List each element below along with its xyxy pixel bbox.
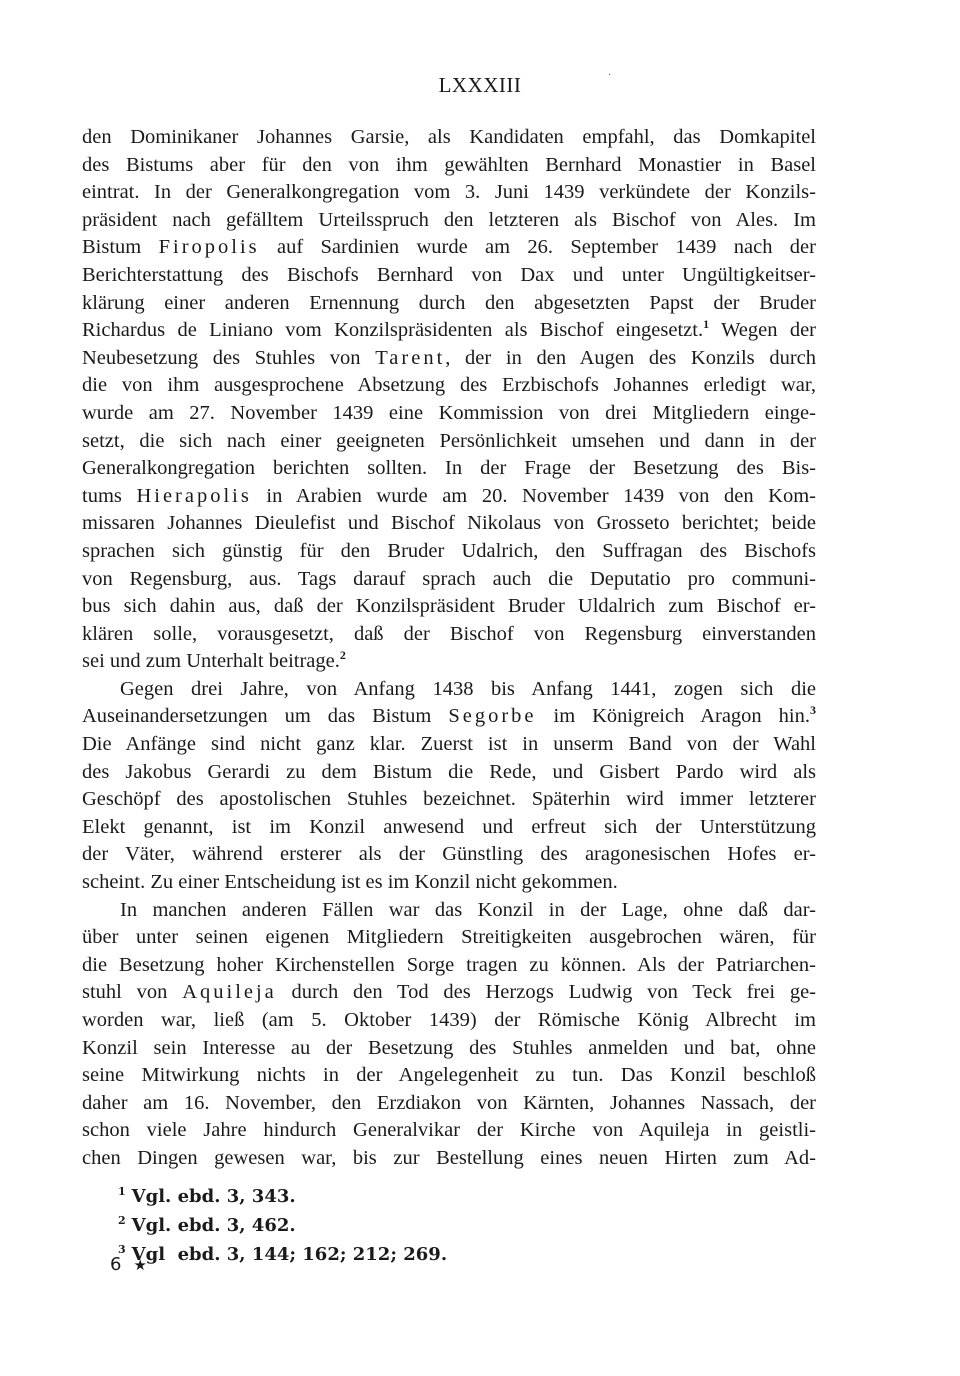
footnote-text: Vgl. ebd. 3, 343. bbox=[132, 1186, 296, 1207]
text-run: sprachen sich günstig für den Bruder Uda… bbox=[82, 540, 816, 562]
place-name: Hierapolis bbox=[136, 485, 251, 507]
text-run: Elekt genannt, ist im Konzil anwesend un… bbox=[82, 816, 816, 838]
footnote-text: Vgl ebd. 3, 144; 162; 212; 269. bbox=[132, 1244, 447, 1265]
text-line: setzt, die sich nach einer geeigneten Pe… bbox=[82, 428, 816, 456]
printer-signature: 6★ bbox=[110, 1254, 147, 1275]
text-line: Die Anfänge sind nicht ganz klar. Zuerst… bbox=[82, 731, 816, 759]
text-line: Gegen drei Jahre, von Anfang 1438 bis An… bbox=[82, 676, 816, 704]
text-line: der Väter, während ersterer als der Güns… bbox=[82, 841, 816, 869]
footnote-2: 2Vgl. ebd. 3, 462. bbox=[118, 1209, 447, 1238]
text-line: klären solle, vorausgesetzt, daß der Bis… bbox=[82, 621, 816, 649]
text-run: sei und zum Unterhalt beitrage.2 bbox=[82, 650, 346, 672]
text-run: über unter seinen eigenen Mitgliedern St… bbox=[82, 926, 816, 948]
text-line: stuhl von Aquileja durch den Tod des Her… bbox=[82, 979, 816, 1007]
text-run: In manchen anderen Fällen war das Konzil… bbox=[120, 899, 816, 921]
text-line: Generalkongregation berichten sollten. I… bbox=[82, 455, 816, 483]
text-line: In manchen anderen Fällen war das Konzil… bbox=[82, 897, 816, 925]
text-run: seine Mitwirkung nichts in der Angelegen… bbox=[82, 1064, 816, 1086]
text-line: seine Mitwirkung nichts in der Angelegen… bbox=[82, 1062, 816, 1090]
text-line: die Besetzung hoher Kirchenstellen Sorge… bbox=[82, 952, 816, 980]
place-name: Segorbe bbox=[448, 705, 536, 727]
text-line: daher am 16. November, den Erzdiakon von… bbox=[82, 1090, 816, 1118]
text-run: Die Anfänge sind nicht ganz klar. Zuerst… bbox=[82, 733, 816, 755]
text-run: Berichterstattung des Bischofs Bernhard … bbox=[82, 264, 816, 286]
text-line: missaren Johannes Dieulefist und Bischof… bbox=[82, 510, 816, 538]
text-run: , der in den Augen des Konzils durch bbox=[445, 347, 816, 369]
text-run: klärung einer anderen Ernennung durch de… bbox=[82, 292, 816, 314]
text-run: von Regensburg, aus. Tags darauf sprach … bbox=[82, 568, 816, 590]
text-line: über unter seinen eigenen Mitgliedern St… bbox=[82, 924, 816, 952]
text-run: der Väter, während ersterer als der Güns… bbox=[82, 843, 816, 865]
text-line: Geschöpf des apostolischen Stuhles bezei… bbox=[82, 786, 816, 814]
footnote-reference: 2 bbox=[340, 648, 346, 662]
page-number: LXXXIII bbox=[0, 73, 960, 98]
text-line: Bistum Firopolis auf Sardinien wurde am … bbox=[82, 234, 816, 262]
text-run: daher am 16. November, den Erzdiakon von… bbox=[82, 1092, 816, 1114]
star-icon: ★ bbox=[133, 1256, 146, 1274]
text-line: scheint. Zu einer Entscheidung ist es im… bbox=[82, 869, 816, 897]
text-run: Gegen drei Jahre, von Anfang 1438 bis An… bbox=[120, 678, 816, 700]
footnote-text: Vgl. ebd. 3, 462. bbox=[132, 1215, 296, 1236]
text-line: eintrat. In der Generalkongregation vom … bbox=[82, 179, 816, 207]
footnote-mark: 1 bbox=[118, 1185, 126, 1198]
text-run: worden war, ließ (am 5. Oktober 1439) de… bbox=[82, 1009, 816, 1031]
place-name: Tarent bbox=[375, 347, 445, 369]
text-line: klärung einer anderen Ernennung durch de… bbox=[82, 290, 816, 318]
text-run: Auseinandersetzungen um das Bistum bbox=[82, 705, 448, 727]
text-line: des Bistums aber für den von ihm gewählt… bbox=[82, 152, 816, 180]
text-line: Elekt genannt, ist im Konzil anwesend un… bbox=[82, 814, 816, 842]
place-name: Aquileja bbox=[182, 981, 277, 1003]
footnotes: 1Vgl. ebd. 3, 343. 2Vgl. ebd. 3, 462. 3V… bbox=[118, 1180, 447, 1267]
text-line: die von ihm ausgesprochene Absetzung des… bbox=[82, 372, 816, 400]
text-line: Konzil sein Interesse au der Besetzung d… bbox=[82, 1035, 816, 1063]
text-run: tums bbox=[82, 485, 136, 507]
text-line: Neubesetzung des Stuhles von Tarent, der… bbox=[82, 345, 816, 373]
text-run: auf Sardinien wurde am 26. September 143… bbox=[260, 236, 816, 258]
text-run: die Besetzung hoher Kirchenstellen Sorge… bbox=[82, 954, 816, 976]
text-run: Geschöpf des apostolischen Stuhles bezei… bbox=[82, 788, 816, 810]
text-run: in Arabien wurde am 20. November 1439 vo… bbox=[252, 485, 816, 507]
text-run: durch den Tod des Herzogs Ludwig von Tec… bbox=[277, 981, 816, 1003]
body-text: den Dominikaner Johannes Garsie, als Kan… bbox=[82, 124, 816, 1173]
text-run: klären solle, vorausgesetzt, daß der Bis… bbox=[82, 623, 816, 645]
text-run: wurde am 27. November 1439 eine Kommissi… bbox=[82, 402, 816, 424]
text-run: Generalkongregation berichten sollten. I… bbox=[82, 457, 816, 479]
text-line: chen Dingen gewesen war, bis zur Bestell… bbox=[82, 1145, 816, 1173]
text-run: stuhl von bbox=[82, 981, 182, 1003]
place-name: Firopolis bbox=[159, 236, 260, 258]
text-line: Auseinandersetzungen um das Bistum Segor… bbox=[82, 703, 816, 731]
text-line: wurde am 27. November 1439 eine Kommissi… bbox=[82, 400, 816, 428]
text-run: chen Dingen gewesen war, bis zur Bestell… bbox=[82, 1147, 816, 1169]
text-line: sei und zum Unterhalt beitrage.2 bbox=[82, 648, 816, 676]
text-line: von Regensburg, aus. Tags darauf sprach … bbox=[82, 566, 816, 594]
text-run: setzt, die sich nach einer geeigneten Pe… bbox=[82, 430, 816, 452]
text-line: präsident nach gefälltem Urteilsspruch d… bbox=[82, 207, 816, 235]
text-run: Richardus de Liniano vom Konzilspräsiden… bbox=[82, 319, 816, 341]
footnote-reference: 1 bbox=[703, 317, 709, 331]
text-run: des Bistums aber für den von ihm gewählt… bbox=[82, 154, 816, 176]
text-run: eintrat. In der Generalkongregation vom … bbox=[82, 181, 816, 203]
text-run: missaren Johannes Dieulefist und Bischof… bbox=[82, 512, 816, 534]
text-line: sprachen sich günstig für den Bruder Uda… bbox=[82, 538, 816, 566]
footnote-reference: 3 bbox=[810, 703, 816, 717]
signature-number: 6 bbox=[110, 1254, 121, 1275]
text-line: schon viele Jahre hindurch Generalvikar … bbox=[82, 1117, 816, 1145]
text-run: präsident nach gefälltem Urteilsspruch d… bbox=[82, 209, 816, 231]
text-run: schon viele Jahre hindurch Generalvikar … bbox=[82, 1119, 816, 1141]
footnote-3: 3Vgl ebd. 3, 144; 162; 212; 269. bbox=[118, 1238, 447, 1267]
text-line: tums Hierapolis in Arabien wurde am 20. … bbox=[82, 483, 816, 511]
text-line: Berichterstattung des Bischofs Bernhard … bbox=[82, 262, 816, 290]
text-run: bus sich dahin aus, daß der Konzilspräsi… bbox=[82, 595, 816, 617]
scan-speck: · bbox=[608, 70, 611, 81]
text-line: des Jakobus Gerardi zu dem Bistum die Re… bbox=[82, 759, 816, 787]
text-run: Konzil sein Interesse au der Besetzung d… bbox=[82, 1037, 816, 1059]
text-run: scheint. Zu einer Entscheidung ist es im… bbox=[82, 871, 618, 893]
text-line: worden war, ließ (am 5. Oktober 1439) de… bbox=[82, 1007, 816, 1035]
footnote-1: 1Vgl. ebd. 3, 343. bbox=[118, 1180, 447, 1209]
text-run: im Königreich Aragon hin.3 bbox=[537, 705, 817, 727]
text-line: Richardus de Liniano vom Konzilspräsiden… bbox=[82, 317, 816, 345]
text-run: Neubesetzung des Stuhles von bbox=[82, 347, 375, 369]
footnote-mark: 2 bbox=[118, 1214, 126, 1227]
text-line: den Dominikaner Johannes Garsie, als Kan… bbox=[82, 124, 816, 152]
text-run: des Jakobus Gerardi zu dem Bistum die Re… bbox=[82, 761, 816, 783]
text-line: bus sich dahin aus, daß der Konzilspräsi… bbox=[82, 593, 816, 621]
text-run: die von ihm ausgesprochene Absetzung des… bbox=[82, 374, 816, 396]
text-run: den Dominikaner Johannes Garsie, als Kan… bbox=[82, 126, 816, 148]
text-run: Bistum bbox=[82, 236, 159, 258]
